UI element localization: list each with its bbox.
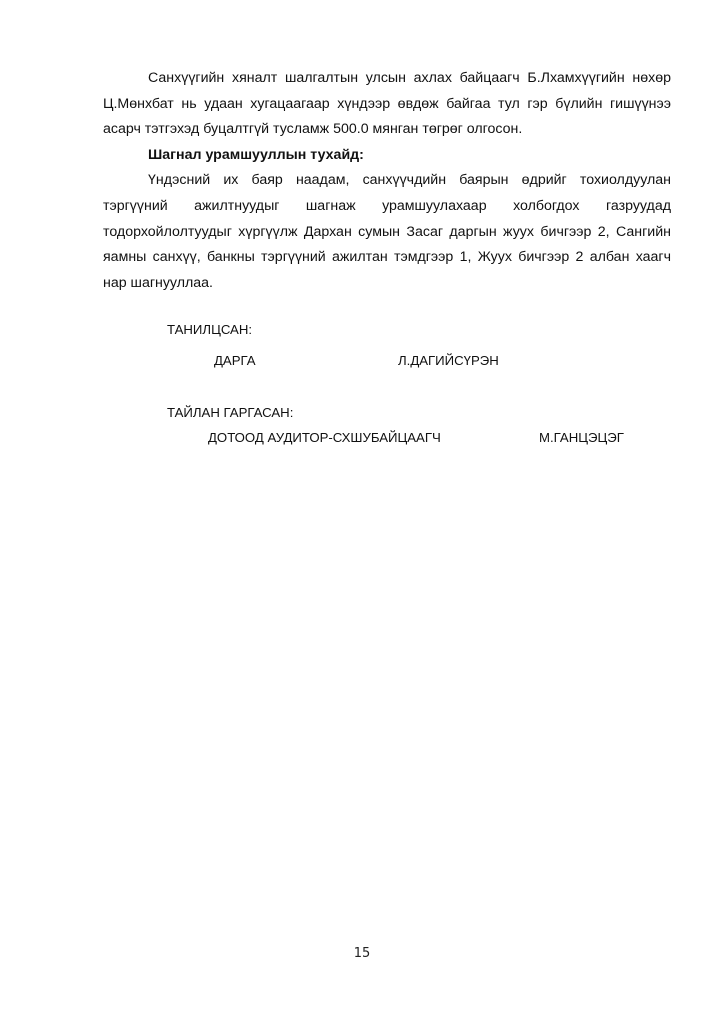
prepared-label: ТАЙЛАН ГАРГАСАН: — [167, 405, 293, 420]
body-text: Санхүүгийн хяналт шалгалтын улсын ахлах … — [103, 66, 671, 296]
paragraph-assistance: Санхүүгийн хяналт шалгалтын улсын ахлах … — [103, 66, 671, 143]
prepared-name: М.ГАНЦЭЦЭГ — [539, 430, 624, 445]
page-number: 15 — [0, 946, 724, 961]
acknowledged-label: ТАНИЛЦСАН: — [167, 322, 252, 337]
acknowledged-name: Л.ДАГИЙСҮРЭН — [398, 353, 499, 368]
section-heading-awards: Шагнал урамшууллын тухайд: — [103, 143, 671, 169]
document-page: Санхүүгийн хяналт шалгалтын улсын ахлах … — [0, 0, 724, 1024]
paragraph-awards: Үндэсний их баяр наадам, санхүүчдийн бая… — [103, 168, 671, 296]
acknowledged-title: ДАРГА — [214, 353, 256, 368]
prepared-title: ДОТООД АУДИТОР-СХШУБАЙЦААГЧ — [208, 430, 441, 445]
